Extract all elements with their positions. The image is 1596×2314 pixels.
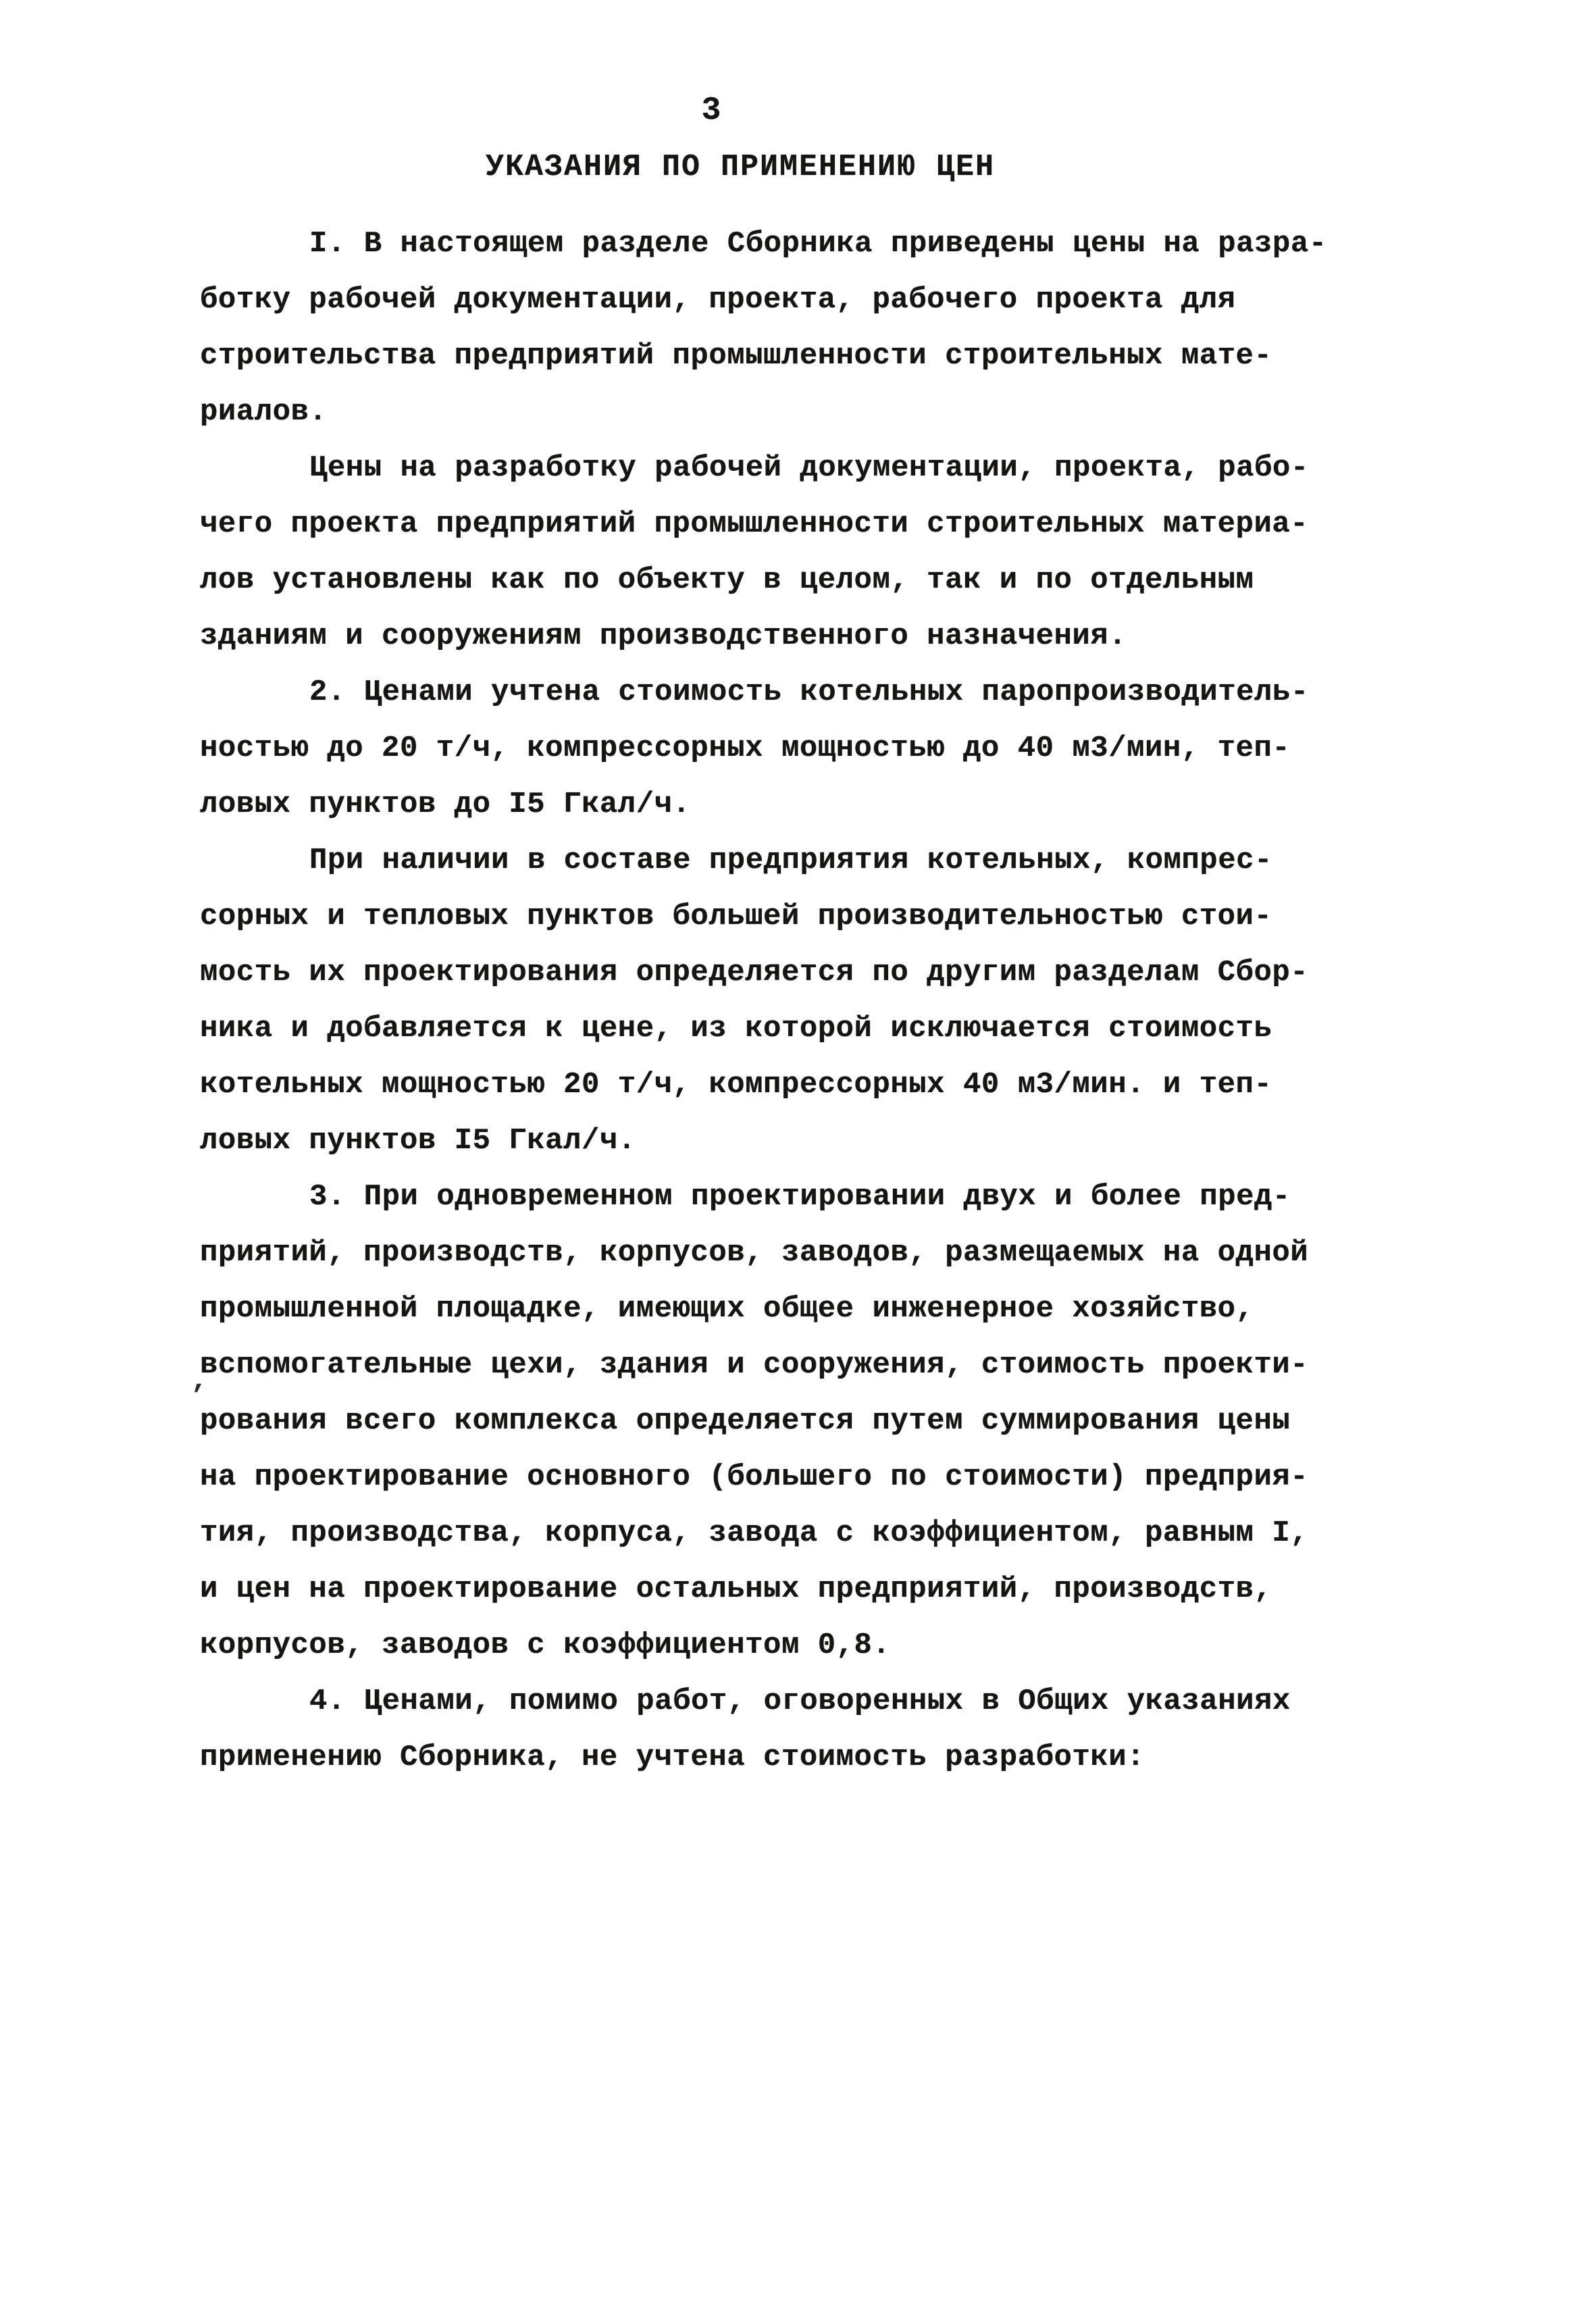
paragraph-line: риалов. [200,384,1335,440]
paragraph-line: лов установлены как по объекту в целом, … [200,552,1335,609]
paragraph-line: ностью до 20 т/ч, компрессорных мощность… [200,721,1335,777]
paragraph-line: тия, производства, корпуса, завода с коэ… [200,1506,1335,1562]
paragraph-line: вспомогательные цехи, здания и сооружени… [200,1337,1335,1393]
paragraph-line: При наличии в составе предприятия котель… [200,833,1335,889]
paragraph-line: мость их проектирования определяется по … [200,945,1335,1001]
paragraph-line: ботку рабочей документации, проекта, раб… [200,272,1335,328]
paragraph-line: чего проекта предприятий промышленности … [200,496,1335,552]
page-number: 3 [702,93,721,128]
section-heading: УКАЗАНИЯ ПО ПРИМЕНЕНИЮ ЦЕН [486,150,995,185]
paragraph-line: ловых пунктов до I5 Гкал/ч. [200,777,1335,833]
document-page: 3 УКАЗАНИЯ ПО ПРИМЕНЕНИЮ ЦЕН I. В настоя… [0,0,1596,2314]
paragraph-line: 2. Ценами учтена стоимость котельных пар… [200,665,1335,721]
paragraph-line: применению Сборника, не учтена стоимость… [200,1730,1335,1786]
paragraph-line: Цены на разработку рабочей документации,… [200,440,1335,496]
paragraph-line: на проектирование основного (большего по… [200,1449,1335,1506]
paragraph-line: зданиям и сооружениям производственного … [200,609,1335,665]
paragraph-line: рования всего комплекса определяется пут… [200,1393,1335,1449]
paragraph-line: корпусов, заводов с коэффициентом 0,8. [200,1618,1335,1674]
paragraph-line: строительства предприятий промышленности… [200,328,1335,384]
paragraph-line: промышленной площадке, имеющих общее инж… [200,1281,1335,1337]
paragraph-line: ника и добавляется к цене, из которой ис… [200,1001,1335,1057]
text-block: I. В настоящем разделе Сборника приведен… [200,216,1335,1786]
scan-artifact: ’ [190,1382,206,1412]
paragraph-line: I. В настоящем разделе Сборника приведен… [200,216,1335,272]
paragraph-line: 4. Ценами, помимо работ, оговоренных в О… [200,1674,1335,1730]
paragraph-line: ловых пунктов I5 Гкал/ч. [200,1113,1335,1169]
paragraph-line: сорных и тепловых пунктов большей произв… [200,889,1335,945]
paragraph-line: и цен на проектирование остальных предпр… [200,1562,1335,1618]
paragraph-line: 3. При одновременном проектировании двух… [200,1169,1335,1225]
paragraph-line: приятий, производств, корпусов, заводов,… [200,1225,1335,1281]
paragraph-line: котельных мощностью 20 т/ч, компрессорны… [200,1057,1335,1113]
